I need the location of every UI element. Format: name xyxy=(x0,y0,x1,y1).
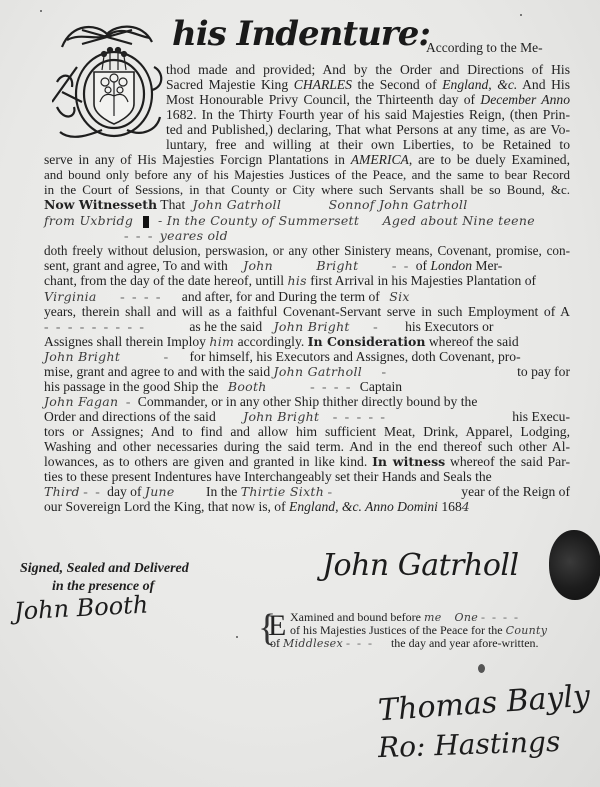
printed-text: and bound only before any of his Majesti… xyxy=(44,167,570,182)
printed-place: London xyxy=(430,258,472,273)
witness-signature: John Booth xyxy=(13,591,149,626)
ornamental-initial-t-icon xyxy=(52,12,164,142)
body-line: Order and directions of the said John Br… xyxy=(44,409,570,424)
handwritten-parentage: Sonnof John Gatrholl xyxy=(329,197,468,212)
fill-dashes: - - - - xyxy=(481,610,520,624)
body-line: our Sovereign Lord the King, that now is… xyxy=(44,499,570,514)
handwritten-day: Third xyxy=(44,484,80,499)
body-line: Washing and other necessaries during the… xyxy=(44,439,570,454)
body-line: luntary, free and willing at their own L… xyxy=(166,137,570,152)
printed-text: whereof the said Par- xyxy=(445,454,570,469)
printed-text: serve in any of His Majesties Forcign Pl… xyxy=(44,152,351,167)
body-line: Now Witnesseth That John Gatrholl Sonnof… xyxy=(44,197,570,212)
fill-dashes: - xyxy=(373,319,385,334)
printed-text: mise, grant and agree to and with the sa… xyxy=(44,364,274,379)
handwritten-servant-name: John Gatrholl xyxy=(274,364,363,379)
paper-speck xyxy=(520,14,522,16)
printed-text: first Arrival in his Majesties Plantatio… xyxy=(307,273,536,288)
handwritten-county: - In the County of Summersett xyxy=(158,213,359,228)
printed-text: as he the said xyxy=(189,319,265,334)
handwritten-origin: from Uxbridg xyxy=(44,213,133,228)
handwritten-pronoun: him xyxy=(209,334,234,349)
printed-text: Order and directions of the said xyxy=(44,409,219,424)
body-line: serve in any of His Majesties Forcign Pl… xyxy=(44,152,570,167)
fill-dashes: - xyxy=(126,394,138,409)
printed-text: Captain xyxy=(360,379,402,394)
printed-text: in the Court of Sessions, in that County… xyxy=(44,182,570,197)
handwritten-term: Six xyxy=(389,289,410,304)
body-line: thod made and provided; And by the Order… xyxy=(166,62,570,77)
handwritten-master-last: Bright xyxy=(316,258,358,273)
body-line: John Bright - for himself, his Executors… xyxy=(44,349,570,364)
printed-text: Commander, or in any other Ship thither … xyxy=(138,394,478,409)
blackletter-text: In Consideration xyxy=(308,334,426,349)
printed-text: Washing and other necessaries during the… xyxy=(44,439,570,454)
printed-place: AMERICA xyxy=(351,152,409,167)
printed-text: our Sovereign Lord the King, that now is… xyxy=(44,499,289,514)
handwritten-age-cont: yeares old xyxy=(160,228,228,243)
blackletter-text: Now Witnesseth xyxy=(44,197,157,212)
ink-blot xyxy=(143,216,149,228)
printed-text: the day and year afore-written. xyxy=(391,636,539,650)
body-line: ties to these present Indentures have In… xyxy=(44,469,570,484)
blackletter-text: In witness xyxy=(372,454,445,469)
printed-date: December Anno xyxy=(480,92,570,107)
printed-text: of xyxy=(270,636,283,650)
body-line: Third - - day of June In the Thirtie Six… xyxy=(44,484,570,499)
printed-text: year of the Reign of xyxy=(461,484,570,499)
handwritten-master-first: John xyxy=(243,258,273,273)
printed-text: his Execu- xyxy=(512,409,570,424)
handwritten-month: June xyxy=(145,484,175,499)
handwritten-master: John Bright xyxy=(44,349,120,364)
handwritten-year-digit: 4 xyxy=(462,499,470,514)
body-line: - - - yeares old xyxy=(124,228,424,243)
body-line: lowances, as to others are given and gra… xyxy=(44,454,570,469)
printed-text: luntary, free and willing at their own L… xyxy=(166,137,570,152)
fill-dashes: - xyxy=(381,364,388,379)
handwritten-pronoun: his xyxy=(287,273,306,288)
printed-text: years, therein shall and will as a faith… xyxy=(44,304,570,319)
printed-text: whereof the said xyxy=(425,334,518,349)
body-line: Assignes shall therein Imploy him accord… xyxy=(44,334,570,349)
fill-dashes: - - - - - - - - - xyxy=(44,319,146,334)
handwritten-regnal-year: Thirtie Sixth xyxy=(241,484,324,499)
printed-text: Assignes shall therein Imploy xyxy=(44,334,209,349)
body-line: chant, from the day of the date hereof, … xyxy=(44,273,570,288)
handwritten-destination: Virginia xyxy=(44,289,97,304)
printed-text: , are to be duely Examined, xyxy=(409,152,570,167)
handwritten-captain-name: John Fagan xyxy=(44,394,118,409)
paper-speck xyxy=(40,10,42,12)
printed-text: ted and Published,) declaring, That what… xyxy=(166,122,570,137)
printed-text: day of xyxy=(107,484,145,499)
witness-label: Signed, Sealed and Delivered in the pres… xyxy=(20,560,189,596)
justice-signature-2: Ro: Hastings xyxy=(377,725,560,764)
fill-dashes: - xyxy=(164,349,176,364)
printed-text: 1682. In the Thirty Fourth year of his s… xyxy=(166,107,570,122)
printed-text: tors or Assignes; And to find and allow … xyxy=(44,424,570,439)
body-line: his passage in the good Ship the Booth -… xyxy=(44,379,570,394)
printed-text: That xyxy=(157,197,188,212)
printed-text: thod made and provided; And by the Order… xyxy=(166,62,570,77)
body-line: Sacred Majestie King CHARLES the Second … xyxy=(166,77,570,92)
printed-text: England, &c. xyxy=(442,77,517,92)
body-line: years, therein shall and will as a faith… xyxy=(44,304,570,319)
paper-speck xyxy=(236,636,238,638)
body-line: Virginia - - - - and after, for and Duri… xyxy=(44,289,570,304)
fill-dashes: - - - xyxy=(124,228,160,243)
handwritten-county: Middlesex xyxy=(283,637,343,650)
body-line: doth freely without delusion, perswasion… xyxy=(44,243,570,258)
handwritten-master: John Bright xyxy=(243,409,319,424)
printed-text: Most Honourable Privy Council, the Thirt… xyxy=(166,92,480,107)
handwritten-servant-name: John Gatrholl xyxy=(193,197,282,212)
body-line: 1682. In the Thirty Fourth year of his s… xyxy=(166,107,570,122)
printed-text: his Executors or xyxy=(405,319,493,334)
body-line: - - - - - - - - - as he the said John Br… xyxy=(44,319,570,334)
printed-place: England, &c. xyxy=(289,499,362,514)
printed-text: of xyxy=(416,258,431,273)
printed-text: Sacred Majestie King xyxy=(166,77,294,92)
document-title: his Indenture: xyxy=(172,14,430,54)
body-line: and bound only before any of his Majesti… xyxy=(44,167,570,182)
exam-line-3: of Middlesex - - - the day and year afor… xyxy=(270,637,539,650)
fill-dashes: - - - - xyxy=(120,289,168,304)
body-line: in the Court of Sessions, in that County… xyxy=(44,182,570,197)
body-line: sent, grant and agree, To and with John … xyxy=(44,258,570,273)
printed-text: sent, grant and agree, To and with xyxy=(44,258,231,273)
printed-text: to pay for xyxy=(517,364,570,379)
printed-text: accordingly. xyxy=(234,334,307,349)
witness-label-line1: Signed, Sealed and Delivered xyxy=(20,560,189,578)
fill-dashes: - - xyxy=(83,484,107,499)
printed-text: Xamined and bound before xyxy=(290,610,424,624)
printed-year: 168 xyxy=(441,499,461,514)
body-line: John Fagan - Commander, or in any other … xyxy=(44,394,570,409)
fill-dashes: - - xyxy=(392,258,416,273)
printed-text: his passage in the good Ship the xyxy=(44,379,222,394)
fill-dashes: - xyxy=(328,484,335,499)
body-line: Most Honourable Privy Council, the Thirt… xyxy=(166,92,570,107)
fill-dashes: - - - xyxy=(346,636,379,650)
title-continuation: According to the Me- xyxy=(426,40,543,56)
justice-signature-1: Thomas Bayly xyxy=(377,679,591,729)
fill-dashes: - - - - xyxy=(310,379,352,394)
handwritten-age: Aged about Nine teene xyxy=(383,213,535,228)
printed-text: the Second of xyxy=(352,77,442,92)
body-line: ted and Published,) declaring, That what… xyxy=(166,122,570,137)
body-line: from Uxbridg - In the County of Summerse… xyxy=(44,213,570,228)
wax-seal-icon xyxy=(549,530,600,600)
body-line: tors or Assignes; And to find and allow … xyxy=(44,424,570,439)
indenture-document: his Indenture: According to the Me- thod… xyxy=(0,0,600,787)
printed-text: of his Majesties Justices of the Peace f… xyxy=(290,623,506,637)
printed-text: for himself, his Executors and Assignes,… xyxy=(190,349,521,364)
paper-speck xyxy=(478,664,485,673)
servant-signature: John Gatrholl xyxy=(322,548,519,583)
printed-text: doth freely without delusion, perswasion… xyxy=(44,243,570,258)
printed-text: ties to these present Indentures have In… xyxy=(44,469,492,484)
king-name: CHARLES xyxy=(294,77,352,92)
body-line: mise, grant and agree to and with the sa… xyxy=(44,364,570,379)
printed-text: and after, for and During the term of xyxy=(182,289,383,304)
printed-text: Anno Domini xyxy=(362,499,441,514)
printed-text: chant, from the day of the date hereof, … xyxy=(44,273,287,288)
printed-text: And His xyxy=(517,77,570,92)
printed-text: Mer- xyxy=(472,258,502,273)
fill-dashes: - - - - - xyxy=(333,409,387,424)
printed-text: In the xyxy=(206,484,241,499)
handwritten-ship-name: Booth xyxy=(228,379,267,394)
handwritten-master: John Bright xyxy=(274,319,350,334)
printed-text: lowances, as to others are given and gra… xyxy=(44,454,372,469)
